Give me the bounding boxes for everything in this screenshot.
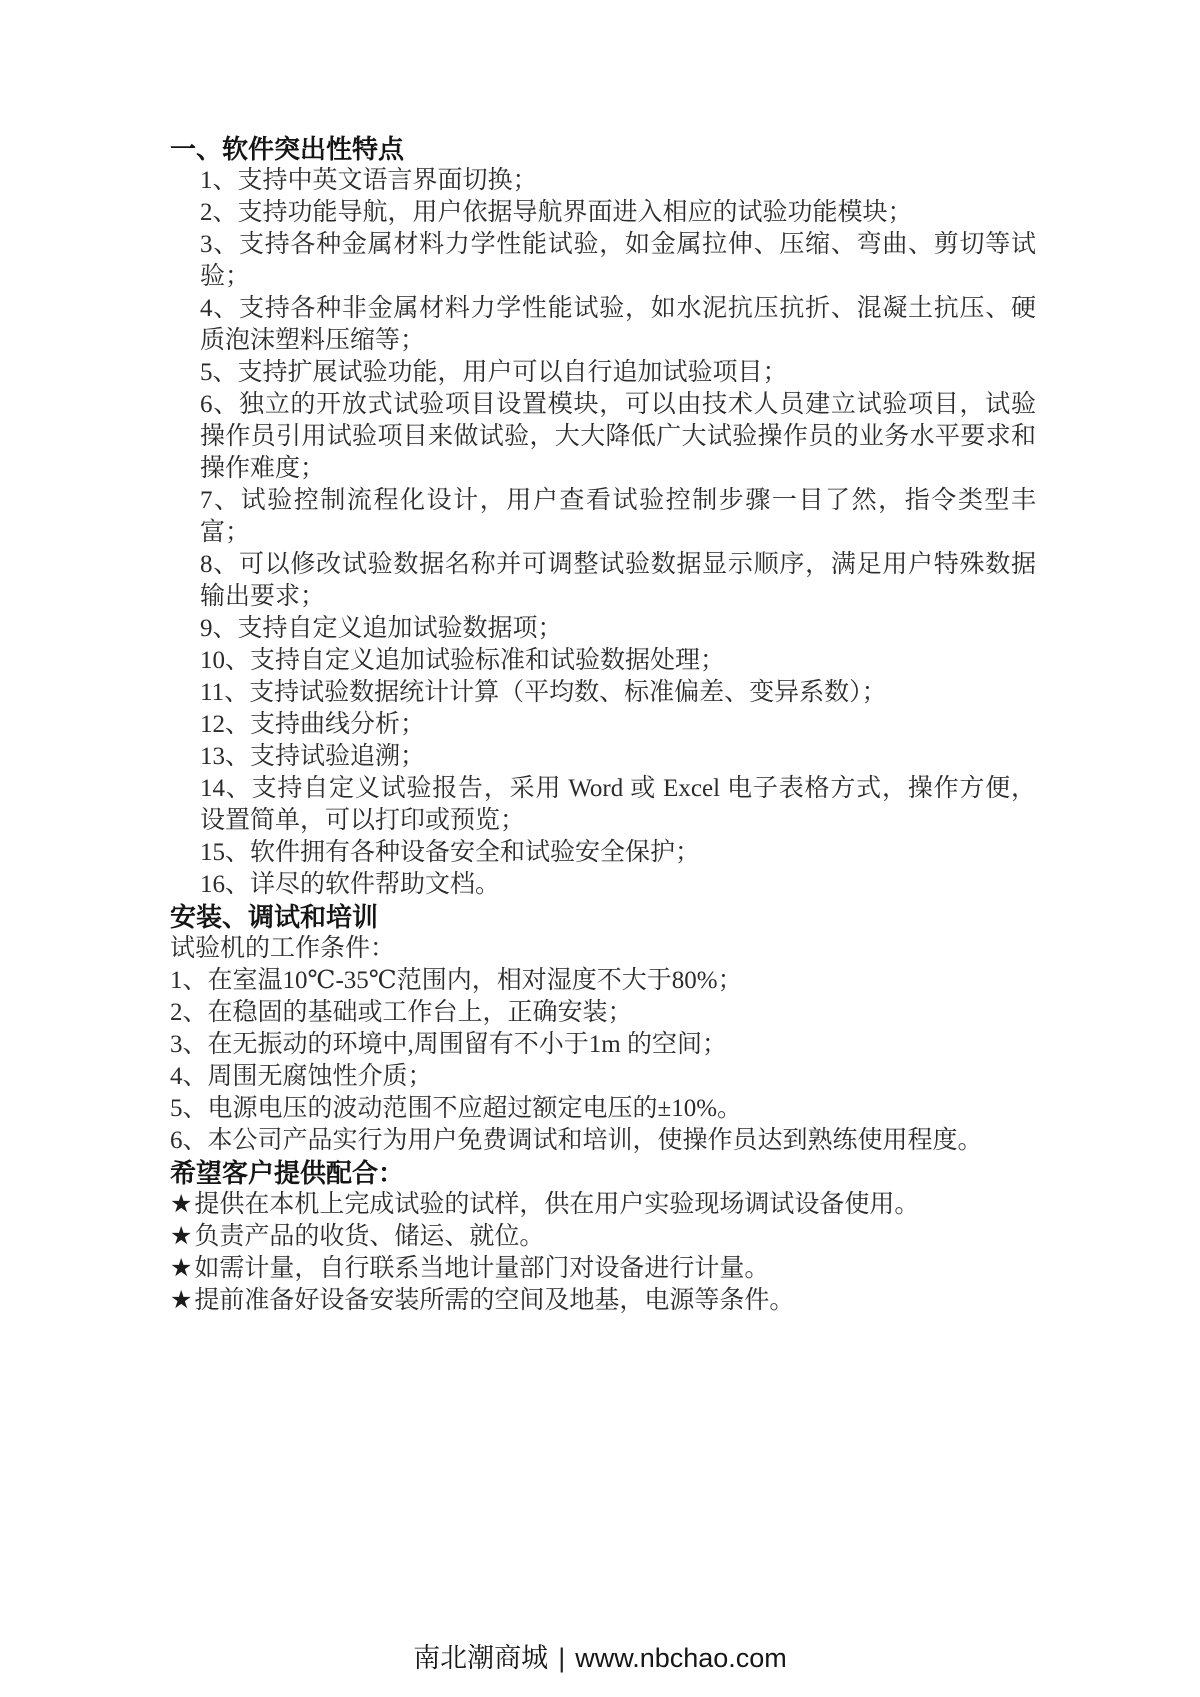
condition-item-3: 3、在无振动的环境中,周围留有不小于1m 的空间；: [170, 1029, 1036, 1061]
feature-item-7: 7、试验控制流程化设计，用户查看试验控制步骤一目了然，指令类型丰富；: [200, 485, 1036, 549]
condition-item-6: 6、本公司产品实行为用户免费调试和培训，使操作员达到熟练使用程度。: [170, 1125, 1036, 1157]
cooperation-item-text: 负责产品的收货、储运、就位。: [194, 1223, 544, 1250]
feature-item-6: 6、独立的开放式试验项目设置模块，可以由技术人员建立试验项目，试验操作员引用试验…: [200, 389, 1036, 485]
condition-item-4: 4、周围无腐蚀性介质；: [170, 1061, 1036, 1093]
feature-item-5: 5、支持扩展试验功能，用户可以自行追加试验项目；: [200, 357, 1036, 389]
footer-site-name: 南北潮商城: [413, 1643, 548, 1673]
condition-item-1: 1、在室温10℃-35℃范围内，相对湿度不大于80%；: [170, 965, 1036, 997]
feature-item-11: 11、支持试验数据统计计算（平均数、标准偏差、变异系数）；: [200, 677, 1036, 709]
feature-item-14: 14、支持自定义试验报告，采用 Word 或 Excel 电子表格方式，操作方便…: [200, 773, 1036, 837]
feature-item-16: 16、详尽的软件帮助文档。: [200, 869, 1036, 901]
features-section-title: 一、软件突出性特点: [170, 133, 1036, 165]
cooperation-item-text: 提供在本机上完成试验的试样，供在用户实验现场调试设备使用。: [194, 1191, 919, 1218]
condition-item-2: 2、在稳固的基础或工作台上，正确安装；: [170, 997, 1036, 1029]
document-content: 一、软件突出性特点 1、支持中英文语言界面切换； 2、支持功能导航，用户依据导航…: [170, 133, 1036, 1317]
condition-item-5: 5、电源电压的波动范围不应超过额定电压的±10%。: [170, 1093, 1036, 1125]
working-conditions-title: 试验机的工作条件：: [170, 933, 1036, 965]
cooperation-item-4: ★提前准备好设备安装所需的空间及地基，电源等条件。: [170, 1285, 1036, 1317]
feature-item-15: 15、软件拥有各种设备安全和试验安全保护；: [200, 837, 1036, 869]
cooperation-item-1: ★提供在本机上完成试验的试样，供在用户实验现场调试设备使用。: [170, 1189, 1036, 1221]
cooperation-item-text: 提前准备好设备安装所需的空间及地基，电源等条件。: [194, 1287, 794, 1314]
footer-separator: |: [558, 1643, 565, 1673]
feature-item-3: 3、支持各种金属材料力学性能试验，如金属拉伸、压缩、弯曲、剪切等试验；: [200, 229, 1036, 293]
cooperation-item-3: ★如需计量，自行联系当地计量部门对设备进行计量。: [170, 1253, 1036, 1285]
feature-item-8: 8、可以修改试验数据名称并可调整试验数据显示顺序，满足用户特殊数据输出要求；: [200, 549, 1036, 613]
feature-item-10: 10、支持自定义追加试验标准和试验数据处理；: [200, 645, 1036, 677]
page-footer: 南北潮商城|www.nbchao.com: [0, 1636, 1200, 1675]
star-icon: ★: [170, 1255, 192, 1282]
feature-item-1: 1、支持中英文语言界面切换；: [200, 165, 1036, 197]
star-icon: ★: [170, 1223, 192, 1250]
feature-item-4: 4、支持各种非金属材料力学性能试验，如水泥抗压抗折、混凝土抗压、硬质泡沫塑料压缩…: [200, 293, 1036, 357]
star-icon: ★: [170, 1287, 192, 1314]
feature-item-2: 2、支持功能导航，用户依据导航界面进入相应的试验功能模块；: [200, 197, 1036, 229]
cooperation-item-2: ★负责产品的收货、储运、就位。: [170, 1221, 1036, 1253]
install-section-title: 安装、调试和培训: [170, 901, 1036, 933]
cooperation-item-text: 如需计量，自行联系当地计量部门对设备进行计量。: [194, 1255, 769, 1282]
document-page: 一、软件突出性特点 1、支持中英文语言界面切换； 2、支持功能导航，用户依据导航…: [0, 0, 1200, 1697]
star-icon: ★: [170, 1191, 192, 1218]
cooperation-section-title: 希望客户提供配合：: [170, 1157, 1036, 1189]
feature-item-9: 9、支持自定义追加试验数据项；: [200, 613, 1036, 645]
footer-url: www.nbchao.com: [575, 1643, 787, 1673]
feature-item-12: 12、支持曲线分析；: [200, 709, 1036, 741]
feature-item-13: 13、支持试验追溯；: [200, 741, 1036, 773]
